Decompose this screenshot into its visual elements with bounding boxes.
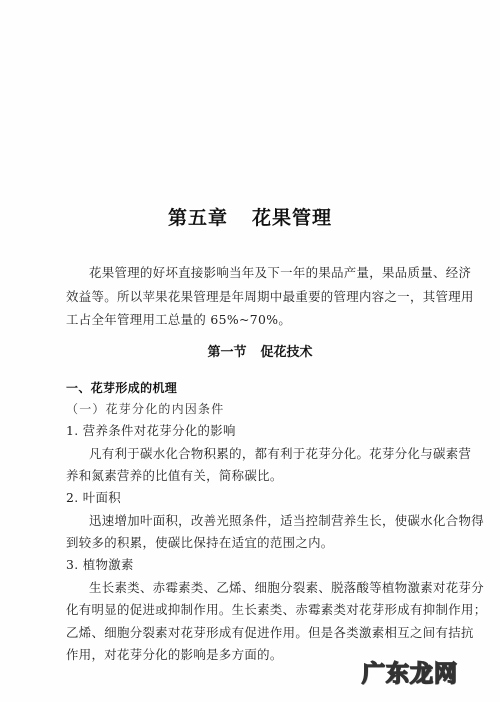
section-number: 第一节 [207,345,246,360]
section-name: 促花技术 [261,345,313,360]
intro-paragraph-line: 工占全年管理用工总量的 65%~70%。 [66,312,291,328]
item-paragraph-line: 乙烯、细胞分裂素对花芽形成有促进作用。但是各类激素相互之间有拮抗 [66,625,474,641]
item-title: 2. 叶面积 [66,490,121,506]
part-subheading: （一）花芽分化的内因条件 [66,401,224,417]
intro-paragraph-line: 花果管理的好坏直接影响当年及下一年的果品产量，果品质量、经济 [89,265,471,281]
item-title: 3. 植物激素 [66,557,134,573]
item-paragraph-line: 到较多的积累，使碳比保持在适宜的范围之内。 [66,535,334,551]
chapter-name: 花果管理 [252,207,332,229]
book-page: 第五章花果管理 花果管理的好坏直接影响当年及下一年的果品产量，果品质量、经济 效… [0,0,500,702]
item-paragraph-line: 生长素类、赤霉素类、乙烯、细胞分裂素、脱落酸等植物激素对花芽分 [89,580,484,596]
part-heading: 一、花芽形成的机理 [66,380,177,396]
item-title: 1. 营养条件对花芽分化的影响 [66,423,236,439]
site-watermark: 广东龙网 [362,655,458,688]
chapter-number: 第五章 [168,207,228,229]
item-paragraph-line: 迅速增加叶面积，改善光照条件，适当控制营养生长，使碳水化合物得 [89,513,484,529]
item-paragraph-line: 养和氮素营养的比值有关，简称碳比。 [66,468,283,484]
item-paragraph-line: 凡有利于碳水化合物积累的，都有利于花芽分化。花芽分化与碳素营 [89,446,471,462]
section-title: 第一节促花技术 [0,341,500,360]
intro-paragraph-line: 效益等。所以苹果花果管理是年周期中最重要的管理内容之一，其管理用 [66,289,474,305]
item-paragraph-line: 化有明显的促进或抑制作用。生长素类、赤霉素类对花芽形成有抑制作用； [66,602,486,618]
item-paragraph-line: 作用，对花芽分化的影响是多方面的。 [66,647,283,663]
chapter-title: 第五章花果管理 [0,203,500,230]
